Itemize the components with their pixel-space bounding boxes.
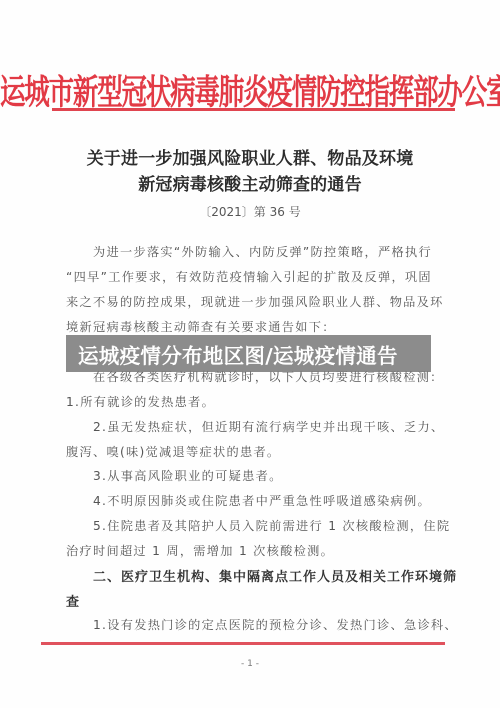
list-item: 5.住院患者及其陪护人员入院前需进行 1 次核酸检测，住院 <box>93 517 450 534</box>
notice-title-line-2: 新冠病毒核酸主动筛查的通告 <box>0 170 500 195</box>
body-paragraph-line: 为进一步落实“外防输入、内防反弹”防控策略，严格执行 <box>93 243 432 260</box>
list-item-continuation: 腹泻、嗅(味)觉减退等症状的患者。 <box>66 443 280 460</box>
list-item: 1.设有发热门诊的定点医院的预检分诊、发热门诊、急诊科、 <box>93 616 458 633</box>
list-item: 4.不明原因肺炎或住院患者中严重急性呼吸道感染病例。 <box>93 492 431 509</box>
list-item: 1.所有就诊的发热患者。 <box>66 393 215 410</box>
list-item: 2.虽无发热症状，但近期有流行病学史并出现干咳、乏力、 <box>93 418 444 435</box>
notice-title-line-1: 关于进一步加强风险职业人群、物品及环境 <box>0 144 500 169</box>
list-item: 3.从事高风险职业的可疑患者。 <box>93 467 283 484</box>
list-item-continuation: 治疗时间超过 1 周，需增加 1 次核酸检测。 <box>66 542 334 559</box>
section-heading-continuation: 查 <box>66 591 80 610</box>
body-paragraph-line: “四早”工作要求，有效防范疫情输入引起的扩散及反弹，巩固 <box>66 268 432 285</box>
caption-text: 运城疫情分布地区图/运城疫情通告 <box>78 339 398 369</box>
page-number: - 1 - <box>0 659 500 669</box>
body-paragraph-line: 来之不易的防控成果，现就进一步加强风险职业人群、物品及环 <box>66 293 444 310</box>
section-heading: 二、医疗卫生机构、集中隔离点工作人员及相关工作环境筛 <box>93 566 457 585</box>
footer-red-rule <box>41 642 445 645</box>
caption-overlay-banner: 运城疫情分布地区图/运城疫情通告 <box>66 335 431 372</box>
header-red-rule <box>52 108 455 111</box>
document-number: 〔2021〕第 36 号 <box>0 203 500 220</box>
body-paragraph-line: 境新冠病毒核酸主动筛查有关要求通告如下： <box>66 318 336 335</box>
